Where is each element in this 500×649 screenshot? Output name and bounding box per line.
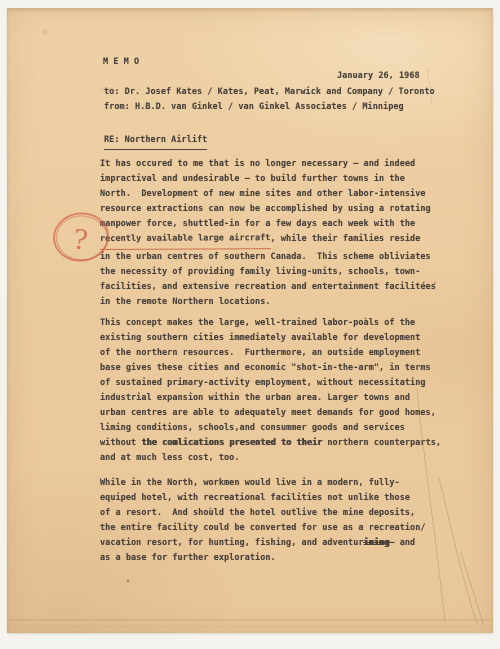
paragraph-1-lines-after: in the urban centres of southern Canada.… [100, 250, 460, 310]
paragraph-2-lines-before: This concept makes the large, well-train… [100, 316, 460, 436]
paragraph-1-line6-rest: , while their families reside [271, 234, 421, 244]
paragraph-3-line5-suffix: — and [389, 538, 415, 548]
memo-subject-underlined: RE: Northern Airlift [104, 133, 207, 150]
scanned-memo-page: { "page": { "background_color": "#f4f3ee… [0, 0, 500, 649]
memo-paper: M E M O January 26, 1968 to: Dr. Josef K… [7, 8, 493, 633]
memo-from-line: from: H.B.D. van Ginkel / van Ginkel Ass… [104, 100, 404, 115]
paragraph-1-lines-before: It has occured to me that is no longer n… [100, 157, 460, 232]
memo-title: M E M O [103, 55, 139, 70]
paragraph-2: This concept makes the large, well-train… [100, 316, 460, 466]
memo-to-line: to: Dr. Josef Kates / Kates, Peat, Marwi… [104, 85, 435, 100]
paragraph-2-last-line: and at much less cost, too. [100, 451, 460, 466]
paragraph-2-line9-prefix: without [100, 438, 141, 448]
paragraph-2-overtyped-line: without the comlications presented to th… [100, 436, 460, 451]
overtyped-phrase: the comlications presented to their [141, 438, 322, 448]
paragraph-3: While in the North, workmen would live i… [100, 476, 460, 566]
memo-date: January 26, 1968 [337, 69, 420, 84]
paragraph-3-last-line: as a base for further exploration. [100, 551, 460, 566]
paragraph-3-lines-before: While in the North, workmen would live i… [100, 476, 460, 536]
struck-out-letters: ining [364, 538, 390, 548]
paragraph-3-struck-line: vacation resort, for hunting, fishing, a… [100, 536, 460, 551]
paragraph-1-underlined-line: recently available large aircraft, while… [100, 232, 460, 250]
red-underlined-phrase: recently available large aircraft [100, 231, 271, 249]
fold-line [9, 620, 491, 626]
memo-subject-line: RE: Northern Airlift [104, 127, 207, 150]
question-mark-glyph: ? [71, 224, 89, 257]
paragraph-2-line9-suffix: northern counterparts, [322, 438, 441, 448]
paragraph-3-line5-prefix: vacation resort, for hunting, fishing, a… [100, 538, 364, 548]
paragraph-1: It has occured to me that is no longer n… [100, 157, 460, 310]
